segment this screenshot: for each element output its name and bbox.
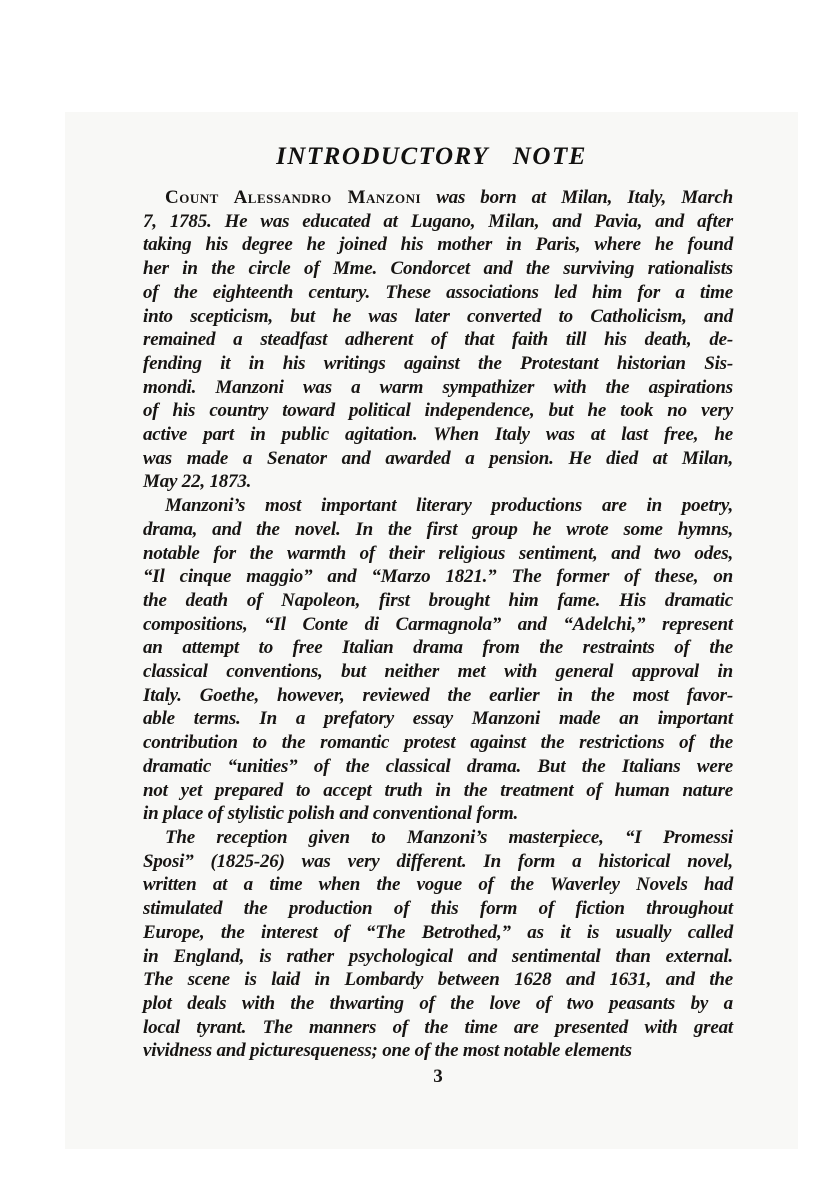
text-line: remained a steadfast adherent of that fa… xyxy=(143,328,733,352)
text-line: The scene is laid in Lombardy between 16… xyxy=(143,968,733,992)
text-line: taking his degree he joined his mother i… xyxy=(143,233,733,257)
text-line: plot deals with the thwarting of the lov… xyxy=(143,992,733,1016)
text-line: Sposi” (1825-26) was very different. In … xyxy=(143,850,733,874)
text-line-rest: was born at Milan, Italy, March xyxy=(436,187,733,208)
text-line: classical conventions, but neither met w… xyxy=(143,660,733,684)
text-line: active part in public agitation. When It… xyxy=(143,423,733,447)
text-line: mondi. Manzoni was a warm sympathizer wi… xyxy=(143,376,733,400)
page-title: INTRODUCTORY NOTE xyxy=(65,142,798,172)
text-line: the death of Napoleon, first brought him… xyxy=(143,589,733,613)
text-line: written at a time when the vogue of the … xyxy=(143,873,733,897)
text-line: drama, and the novel. In the first group… xyxy=(143,518,733,542)
text-line: “Il cinque maggio” and “Marzo 1821.” The… xyxy=(143,565,733,589)
text-line: of his country toward political independ… xyxy=(143,399,733,423)
paragraph: Manzoni’s most important literary produc… xyxy=(143,494,733,826)
text-line: stimulated the production of this form o… xyxy=(143,897,733,921)
text-line: notable for the warmth of their religiou… xyxy=(143,542,733,566)
text-line: an attempt to free Italian drama from th… xyxy=(143,636,733,660)
text-line: The reception given to Manzoni’s masterp… xyxy=(143,826,733,850)
text-line: May 22, 1873. xyxy=(143,470,733,494)
text-line: her in the circle of Mme. Condorcet and … xyxy=(143,257,733,281)
text-line: contribution to the romantic protest aga… xyxy=(143,731,733,755)
text-line: Count Alessandro Manzoni was born at Mil… xyxy=(143,186,733,210)
text-line: in England, is rather psychological and … xyxy=(143,945,733,969)
page-number: 3 xyxy=(143,1066,733,1088)
text-line: Italy. Goethe, however, reviewed the ear… xyxy=(143,684,733,708)
book-page: INTRODUCTORY NOTE Count Alessandro Manzo… xyxy=(65,112,798,1149)
text-line: able terms. In a prefatory essay Manzoni… xyxy=(143,707,733,731)
scanned-page-background: INTRODUCTORY NOTE Count Alessandro Manzo… xyxy=(0,0,840,1191)
paragraph: The reception given to Manzoni’s masterp… xyxy=(143,826,733,1063)
text-line: into scepticism, but he was later conver… xyxy=(143,305,733,329)
text-line: was made a Senator and awarded a pension… xyxy=(143,447,733,471)
text-line: in place of stylistic polish and convent… xyxy=(143,802,733,826)
text-line: vividness and picturesqueness; one of th… xyxy=(143,1039,733,1063)
text-line: of the eighteenth century. These associa… xyxy=(143,281,733,305)
paragraph: Count Alessandro Manzoni was born at Mil… xyxy=(143,186,733,494)
text-line: Manzoni’s most important literary produc… xyxy=(143,494,733,518)
text-line: compositions, “Il Conte di Carmagnola” a… xyxy=(143,613,733,637)
text-line: 7, 1785. He was educated at Lugano, Mila… xyxy=(143,210,733,234)
text-line: fending it in his writings against the P… xyxy=(143,352,733,376)
text-line: local tyrant. The manners of the time ar… xyxy=(143,1016,733,1040)
text-line: dramatic “unities” of the classical dram… xyxy=(143,755,733,779)
small-caps-lead: Count Alessandro Manzoni xyxy=(165,187,421,208)
body-text: Count Alessandro Manzoni was born at Mil… xyxy=(143,186,733,1063)
text-line: not yet prepared to accept truth in the … xyxy=(143,779,733,803)
text-line: Europe, the interest of “The Betrothed,”… xyxy=(143,921,733,945)
